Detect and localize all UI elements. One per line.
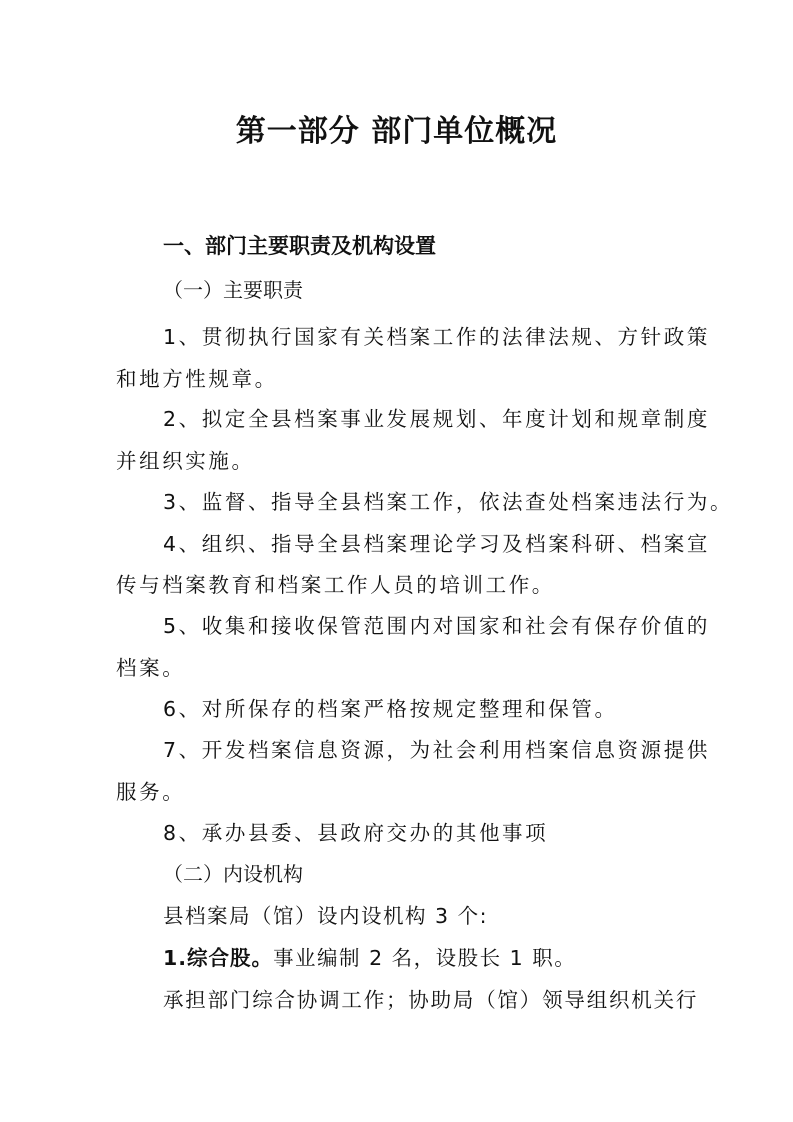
- duty-line: 4、组织、指导全县档案理论学习及档案科研、档案宣: [163, 527, 710, 557]
- duty-line: 2、拟定全县档案事业发展规划、年度计划和规章制度: [163, 402, 710, 432]
- duty-line: 服务。: [116, 775, 185, 805]
- duty-line: 和地方性规章。: [116, 362, 278, 392]
- duty-line: 并组织实施。: [116, 444, 255, 474]
- duty-line: 7、开发档案信息资源，为社会利用档案信息资源提供: [163, 733, 710, 763]
- duty-line: 6、对所保存的档案严格按规定整理和保管。: [163, 692, 618, 722]
- document-page: 第一部分 部门单位概况 一、部门主要职责及机构设置 （一）主要职责 1、贯彻执行…: [0, 0, 793, 1122]
- subsection-heading-internal-org: （二）内设机构: [163, 858, 303, 887]
- duty-line: 5、收集和接收保管范围内对国家和社会有保存价值的: [163, 609, 710, 639]
- section-heading: 一、部门主要职责及机构设置: [163, 230, 436, 260]
- org-intro: 县档案局（馆）设内设机构 3 个:: [163, 899, 488, 929]
- unit-description: 承担部门综合协调工作；协助局（馆）领导组织机关行: [163, 983, 698, 1013]
- duty-line: 3、监督、指导全县档案工作，依法查处档案违法行为。: [163, 485, 733, 515]
- subsection-heading-duties: （一）主要职责: [163, 274, 303, 303]
- duty-line: 传与档案教育和档案工作人员的培训工作。: [116, 568, 555, 598]
- duty-line: 8、承办县委、县政府交办的其他事项: [163, 816, 548, 846]
- unit-name: 1.综合股。: [163, 946, 273, 970]
- unit-staffing: 事业编制 2 名，设股长 1 职。: [273, 946, 576, 970]
- duty-line: 档案。: [116, 651, 185, 681]
- page-title: 第一部分 部门单位概况: [0, 106, 793, 150]
- duty-line: 1、贯彻执行国家有关档案工作的法律法规、方针政策: [163, 320, 710, 350]
- unit-line: 1.综合股。事业编制 2 名，设股长 1 职。: [163, 941, 576, 971]
